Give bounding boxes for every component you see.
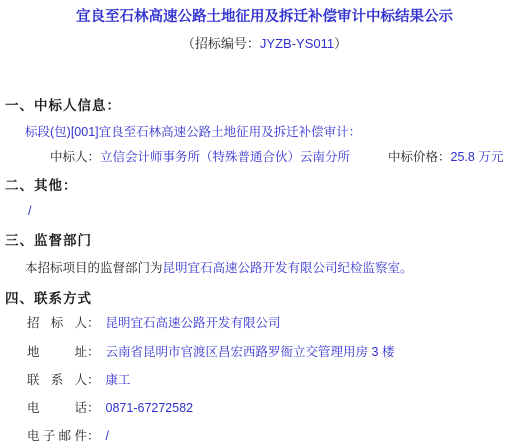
section-heading-other: 二、其他： [5,178,78,194]
package-line: 标段(包)[001]宜良至石林高速公路土地征用及拆迁补偿审计： [25,124,361,140]
contact-row-email: 电子邮件：/ [27,428,109,444]
contact-row-tenderer: 招标人：昆明宜石高速公路开发有限公司 [27,315,281,331]
supervision-department: 昆明宜石高速公路开发有限公司纪检监察室 [163,261,401,275]
contact-colon: ： [87,316,100,330]
contact-colon: ： [87,373,100,387]
contact-label: 电子邮件 [27,428,87,444]
price-value: 25.8 万元 [451,150,504,164]
section-heading-winner-info: 一、中标人信息： [5,98,121,114]
contact-label: 招标人 [27,315,87,331]
section-heading-contact: 四、联系方式 [5,291,92,307]
contact-value: / [106,429,109,443]
contact-row-phone: 电话：0871-67272582 [27,400,193,416]
announcement-document: 宜良至石林高速公路土地征用及拆迁补偿审计中标结果公示 （招标编号：JYZB-YS… [0,0,529,448]
contact-label: 地址 [27,344,87,360]
contact-colon: ： [87,401,100,415]
winner-name: 立信会计师事务所（特殊普通合伙）云南分所 [100,150,350,164]
other-content: / [28,203,31,219]
supervision-line: 本招标项目的监督部门为昆明宜石高速公路开发有限公司纪检监察室。 [25,260,413,276]
supervision-prefix: 本招标项目的监督部门为 [25,261,163,275]
tender-code-line: （招标编号：JYZB-YS011） [0,36,529,52]
contact-value: 0871-67272582 [106,401,194,415]
contact-colon: ： [87,429,100,443]
supervision-suffix: 。 [400,261,413,275]
contact-row-address: 地址：云南省昆明市官渡区昌宏西路罗衙立交管理用房 3 楼 [27,344,394,360]
contact-value: 昆明宜石高速公路开发有限公司 [106,316,281,330]
winner-line: 中标人：立信会计师事务所（特殊普通合伙）云南分所中标价格：25.8 万元 [50,149,503,165]
contact-colon: ： [87,345,100,359]
contact-value: 康工 [106,373,131,387]
tender-code-suffix: ） [334,36,347,51]
price-group: 中标价格：25.8 万元 [388,150,503,164]
tender-code: JYZB-YS011 [260,36,334,51]
tender-code-prefix: （招标编号： [182,36,260,51]
contact-value: 云南省昆明市官渡区昌宏西路罗衙立交管理用房 3 楼 [106,345,395,359]
page-title: 宜良至石林高速公路土地征用及拆迁补偿审计中标结果公示 [0,9,529,25]
contact-label: 电话 [27,400,87,416]
price-label: 中标价格： [388,150,451,164]
winner-label: 中标人： [50,150,100,164]
contact-label: 联系人 [27,372,87,388]
contact-row-person: 联系人：康工 [27,372,131,388]
section-heading-supervision: 三、监督部门 [5,233,92,249]
